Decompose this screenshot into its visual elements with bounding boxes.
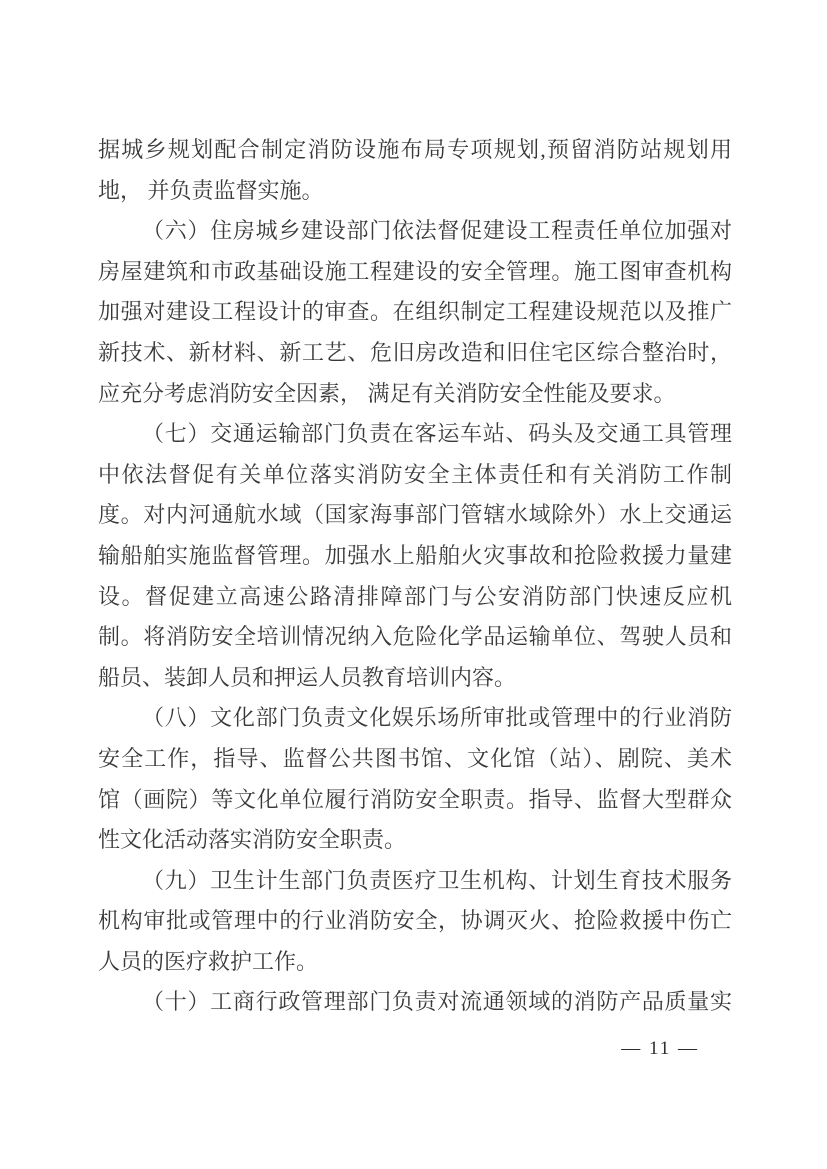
text-line: （八）文化部门负责文化娱乐场所审批或管理中的行业消防 xyxy=(98,698,732,739)
text-line: 据城乡规划配合制定消防设施布局专项规划,预留消防站规划用 xyxy=(98,130,732,171)
text-line: 加强对建设工程设计的审查。在组织制定工程建设规范以及推广 xyxy=(98,292,732,333)
text-line: 房屋建筑和市政基础设施工程建设的安全管理。施工图审查机构 xyxy=(98,252,732,293)
text-line: 安全工作，指导、监督公共图书馆、文化馆（站）、剧院、美术 xyxy=(98,739,732,780)
text-line: 输船舶实施监督管理。加强水上船舶火灾事故和抢险救援力量建 xyxy=(98,536,732,577)
text-line: 新技术、新材料、新工艺、危旧房改造和旧住宅区综合整治时， xyxy=(98,333,732,374)
body-text: 据城乡规划配合制定消防设施布局专项规划,预留消防站规划用地， 并负责监督实施。（… xyxy=(98,130,732,1023)
text-line: 船员、装卸人员和押运人员教育培训内容。 xyxy=(98,658,732,699)
text-line: 制。将消防安全培训情况纳入危险化学品运输单位、驾驶人员和 xyxy=(98,617,732,658)
page-number: — 11 — xyxy=(621,1038,699,1060)
text-line: （七）交通运输部门负责在客运车站、码头及交通工具管理 xyxy=(98,414,732,455)
text-line: 地， 并负责监督实施。 xyxy=(98,171,732,212)
text-line: 设。督促建立高速公路清排障部门与公安消防部门快速反应机 xyxy=(98,577,732,618)
text-line: （六）住房城乡建设部门依法督促建设工程责任单位加强对 xyxy=(98,211,732,252)
text-line: 馆（画院）等文化单位履行消防安全职责。指导、监督大型群众 xyxy=(98,780,732,821)
text-line: 机构审批或管理中的行业消防安全，协调灭火、抢险救援中伤亡 xyxy=(98,901,732,942)
text-line: 性文化活动落实消防安全职责。 xyxy=(98,820,732,861)
text-line: （九）卫生计生部门负责医疗卫生机构、计划生育技术服务 xyxy=(98,861,732,902)
text-line: 人员的医疗救护工作。 xyxy=(98,942,732,983)
text-line: 度。对内河通航水域（国家海事部门管辖水域除外）水上交通运 xyxy=(98,495,732,536)
text-line: （十）工商行政管理部门负责对流通领域的消防产品质量实 xyxy=(98,982,732,1023)
text-line: 应充分考虑消防安全因素， 满足有关消防安全性能及要求。 xyxy=(98,374,732,415)
document-page: 据城乡规划配合制定消防设施布局专项规划,预留消防站规划用地， 并负责监督实施。（… xyxy=(0,0,827,1169)
text-line: 中依法督促有关单位落实消防安全主体责任和有关消防工作制 xyxy=(98,455,732,496)
